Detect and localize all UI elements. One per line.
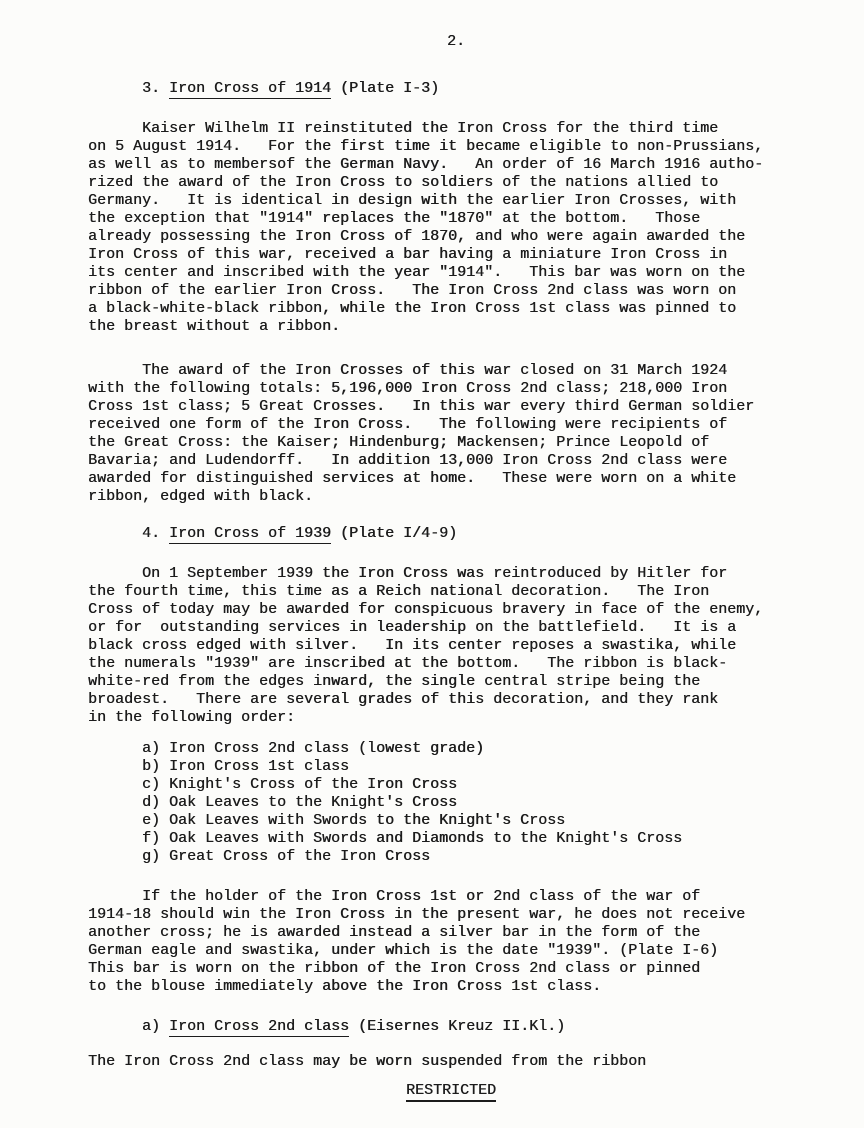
section-4-number: 4. <box>142 525 169 542</box>
grade-item-e: e) Oak Leaves with Swords to the Knight'… <box>142 812 804 830</box>
subsection-a-title: Iron Cross 2nd class <box>169 1018 349 1037</box>
grades-list: a) Iron Cross 2nd class (lowest grade) b… <box>88 740 804 866</box>
grade-item-f: f) Oak Leaves with Swords and Diamonds t… <box>142 830 804 848</box>
section-3-paragraph-2: The award of the Iron Crosses of this wa… <box>88 362 804 506</box>
document-page: 2. 3. Iron Cross of 1914 (Plate I-3) Kai… <box>0 0 864 1128</box>
grade-item-c: c) Knight's Cross of the Iron Cross <box>142 776 804 794</box>
page-number: 2. <box>88 33 804 51</box>
section-3-title: Iron Cross of 1914 <box>169 80 331 99</box>
subsection-a-german-name: (Eisernes Kreuz II.Kl.) <box>349 1018 565 1035</box>
section-4-paragraph-3: The Iron Cross 2nd class may be worn sus… <box>88 1053 804 1071</box>
grade-item-g: g) Great Cross of the Iron Cross <box>142 848 804 866</box>
grade-item-b: b) Iron Cross 1st class <box>142 758 804 776</box>
grade-item-a: a) Iron Cross 2nd class (lowest grade) <box>142 740 804 758</box>
section-3-plate-ref: (Plate I-3) <box>331 80 439 97</box>
subsection-a-heading: a) Iron Cross 2nd class (Eisernes Kreuz … <box>88 1018 804 1036</box>
classification-label: RESTRICTED <box>406 1082 496 1102</box>
section-4-heading: 4. Iron Cross of 1939 (Plate I/4-9) <box>88 525 804 543</box>
subsection-a-letter: a) <box>142 1018 169 1035</box>
grade-item-d: d) Oak Leaves to the Knight's Cross <box>142 794 804 812</box>
section-4-plate-ref: (Plate I/4-9) <box>331 525 457 542</box>
section-3-number: 3. <box>142 80 169 97</box>
section-3-paragraph-1: Kaiser Wilhelm II reinstituted the Iron … <box>88 120 804 336</box>
classification-footer: RESTRICTED <box>88 1082 804 1100</box>
section-4-title: Iron Cross of 1939 <box>169 525 331 544</box>
section-3-heading: 3. Iron Cross of 1914 (Plate I-3) <box>88 80 804 98</box>
section-4-paragraph-1: On 1 September 1939 the Iron Cross was r… <box>88 565 804 727</box>
section-4-paragraph-2: If the holder of the Iron Cross 1st or 2… <box>88 888 804 996</box>
